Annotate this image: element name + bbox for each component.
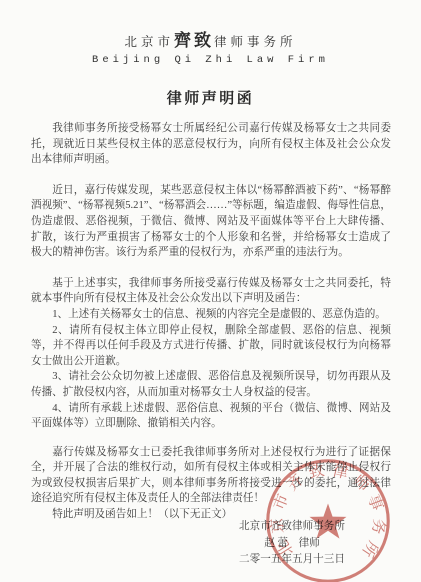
signature-date: 二零一五年五月十三日 <box>192 552 392 569</box>
paragraph-basis: 基于上述事实，我律师事务所接受嘉行传媒及杨幂女士之共同委托，特就本事件向所有侵权… <box>31 276 391 307</box>
list-item-1: 1、上述有关杨幂女士的信息、视频的内容完全是虚假的、恶意伪造的。 <box>31 307 391 323</box>
list-item-4: 4、请所有承载上述虚假、恶俗信息、视频的平台（微信、微博、网站及平面媒体等）立即… <box>31 401 391 432</box>
signature-block: 北京市齐致律师事务所 赵 蕾 律师 二零一五年五月十三日 <box>192 519 392 569</box>
page-title: 律师声明函 <box>0 87 421 108</box>
firm-name-brand: 齊致 <box>174 31 214 50</box>
firm-name-prefix: 北京市 <box>124 35 174 49</box>
signature-lawyer: 赵 蕾 律师 <box>192 536 392 553</box>
paragraph-closing: 嘉行传媒及杨幂女士已委托我律师事务所对上述侵权行为进行了证据保全，并开展了合法的… <box>31 445 391 507</box>
list-item-2: 2、请所有侵权主体立即停止侵权，删除全部虚假、恶俗的信息、视频等，并不得再以任何… <box>31 323 391 370</box>
signature-firm: 北京市齐致律师事务所 <box>192 519 392 536</box>
firm-name-suffix: 律师事务所 <box>214 35 297 49</box>
firm-name-en: Beijing Qi Zhi Law Firm <box>0 54 421 66</box>
document-body: 我律师事务所接受杨幂女士所属经纪公司嘉行传媒及杨幂女士之共同委托，现就近日某些侵… <box>31 121 391 523</box>
list-item-3: 3、请社会公众切勿被上述虚假、恶俗信息及视频所误导，切勿再跟从及传播、扩散侵权内… <box>31 369 391 400</box>
lawyer-statement-document: 北京市齊致律师事务所 Beijing Qi Zhi Law Firm 律师声明函… <box>0 0 421 582</box>
letterhead: 北京市齊致律师事务所 Beijing Qi Zhi Law Firm <box>0 0 421 66</box>
paragraph-intro: 我律师事务所接受杨幂女士所属经纪公司嘉行传媒及杨幂女士之共同委托，现就近日某些侵… <box>31 121 391 168</box>
firm-name-cn: 北京市齊致律师事务所 <box>0 26 421 51</box>
paragraph-facts: 近日，嘉行传媒发现，某些恶意侵权主体以“杨幂醉酒被下药”、“杨幂醉酒视频”、“杨… <box>31 183 391 261</box>
